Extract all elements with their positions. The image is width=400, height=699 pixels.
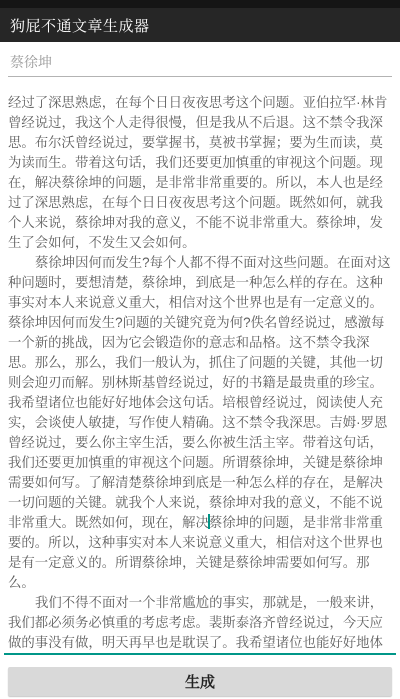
status-bar <box>0 0 400 8</box>
button-row: 生成 <box>0 655 400 696</box>
app-bar: 狗屁不通文章生成器 <box>0 8 400 42</box>
paragraph: 蔡徐坤因何而发生?每个人都不得不面对这些问题。在面对这种问题时，要想清楚，蔡徐坤… <box>8 253 392 593</box>
topic-input-wrap <box>0 42 400 77</box>
paragraph: 我们不得不面对一个非常尴尬的事实，那就是，一般来讲，我们都必须务必慎重的考虑考虑… <box>8 593 392 653</box>
paragraph: 经过了深思熟虑，在每个日日夜夜思考这个问题。亚伯拉罕·林肯曾经说过，我这个人走得… <box>8 93 392 253</box>
generate-button[interactable]: 生成 <box>8 667 392 696</box>
text-cursor <box>208 514 210 529</box>
topic-input[interactable] <box>8 52 392 77</box>
generated-text-area[interactable]: 经过了深思熟虑，在每个日日夜夜思考这个问题。亚伯拉罕·林肯曾经说过，我这个人走得… <box>4 77 396 655</box>
app-title: 狗屁不通文章生成器 <box>10 15 150 36</box>
